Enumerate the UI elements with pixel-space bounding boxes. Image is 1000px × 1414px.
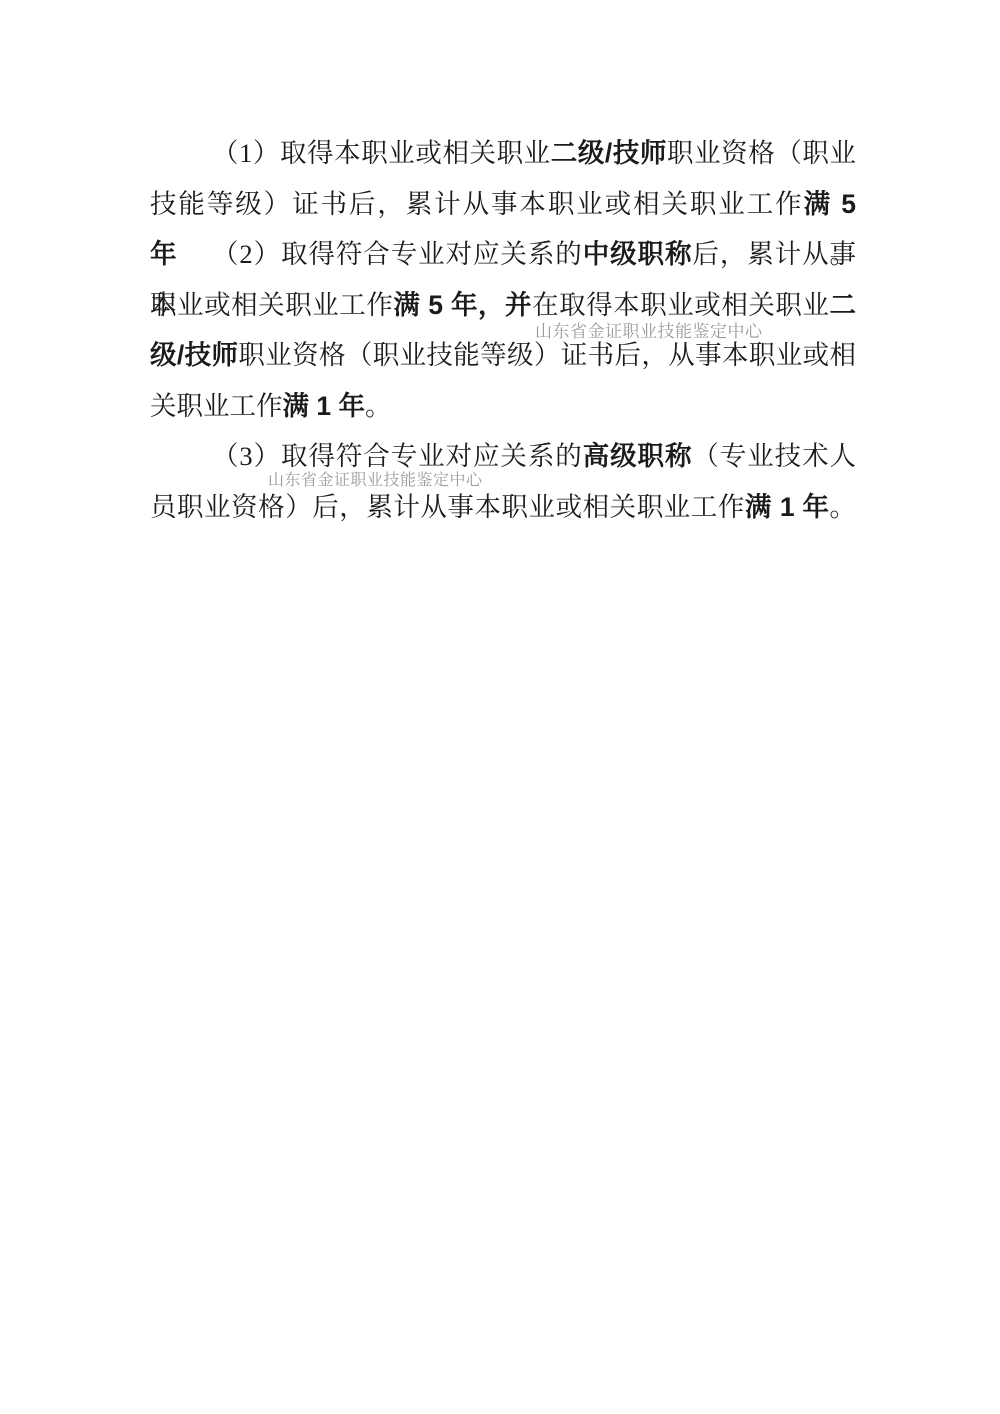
body-text: （专业技术人 — [692, 441, 856, 471]
body-text: 员职业资格）后，累计从事本职业或相关职业工作 — [150, 492, 745, 522]
body-text: 技能等级）证书后，累计从事本职业或相关职业工作 — [150, 189, 804, 219]
body-text: 。 — [365, 391, 392, 421]
body-text: 职业资格（职业技能等级）证书后，从事本职业或相 — [238, 340, 856, 370]
body-text: （2）取得符合专业对应关系的 — [212, 239, 583, 269]
body-text: 职业资格（职业 — [667, 138, 856, 168]
body-text: 关职业工作 — [150, 391, 283, 421]
emphasis-text: 级/技师 — [150, 340, 238, 370]
body-text: 在取得本职业或相关职业 — [532, 290, 829, 320]
emphasis-text: 满 5 年，并 — [393, 290, 532, 320]
body-text: 。 — [830, 492, 857, 522]
text-block: （1）取得本职业或相关职业二级/技师职业资格（职业技能等级）证书后，累计从事本职… — [150, 128, 856, 532]
text-line: （2）取得符合专业对应关系的中级职称后，累计从事本 — [150, 229, 856, 280]
text-line: 级/技师职业资格（职业技能等级）证书后，从事本职业或相 — [150, 330, 856, 381]
emphasis-text: 二 — [830, 290, 857, 320]
text-line: （3）取得符合专业对应关系的高级职称（专业技术人 — [150, 431, 856, 482]
text-line: 员职业资格）后，累计从事本职业或相关职业工作满 1 年。 — [150, 482, 856, 533]
emphasis-text: 满 1 年 — [283, 391, 365, 421]
body-text: （3）取得符合专业对应关系的 — [212, 441, 583, 471]
body-text: 职业或相关职业工作 — [150, 290, 393, 320]
emphasis-text: 中级职称 — [583, 239, 693, 269]
text-line: 职业或相关职业工作满 5 年，并在取得本职业或相关职业二 — [150, 280, 856, 331]
emphasis-text: 高级职称 — [583, 441, 693, 471]
emphasis-text: 二级/技师 — [551, 138, 667, 168]
text-line: 技能等级）证书后，累计从事本职业或相关职业工作满 5 年。 — [150, 179, 856, 230]
body-text: （1）取得本职业或相关职业 — [212, 138, 551, 168]
document-page: （1）取得本职业或相关职业二级/技师职业资格（职业技能等级）证书后，累计从事本职… — [0, 0, 1000, 1414]
text-line: （1）取得本职业或相关职业二级/技师职业资格（职业 — [150, 128, 856, 179]
emphasis-text: 满 1 年 — [745, 492, 830, 522]
text-line: 关职业工作满 1 年。 — [150, 381, 856, 432]
